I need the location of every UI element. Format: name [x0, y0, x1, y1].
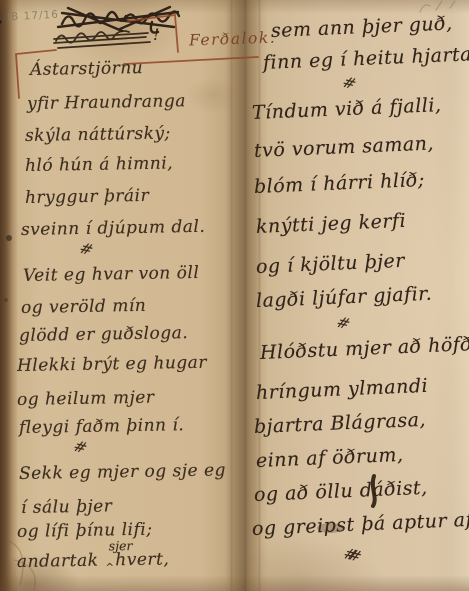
poem-line: í sálu þjer: [21, 496, 113, 518]
insertion-caret-icon: ^: [105, 562, 114, 573]
line-text: andartak: [17, 551, 99, 572]
poem-line: og heilum mjer: [17, 388, 155, 410]
poem-line: einn af öðrum,: [256, 444, 404, 472]
stanza-separator: #: [333, 313, 353, 333]
poem-line: Veit eg hvar von öll: [23, 263, 200, 286]
poem-line: Hlekki brýt eg hugar: [17, 353, 207, 376]
page-right-edge: [451, 0, 469, 591]
poem-line: blóm í hárri hlíð;: [254, 169, 426, 198]
manuscript-spread: IB 17/16 ! Ferðalok. Ástarstjörnu yfir H…: [0, 0, 469, 591]
poem-line: bjartra Blágrasa,: [254, 409, 427, 438]
poem-line: sem ann þjer guð,: [271, 12, 453, 42]
faint-pencil-marks: [420, 1, 455, 12]
poem-line: glödd er guðsloga.: [19, 323, 189, 346]
stanza-separator-double: ##: [340, 545, 365, 566]
red-bracket-marks: [16, 15, 258, 98]
poem-line: finn eg í heitu hjarta.: [263, 43, 469, 74]
poem-line: Tíndum við á fjalli,: [252, 94, 442, 124]
book-left-edge: [0, 0, 18, 591]
inserted-word: sjer: [109, 538, 133, 553]
poem-line: og veröld mín: [21, 296, 147, 318]
poem-line: Hlóðstu mjer að höfði: [260, 333, 469, 364]
title-underline: [124, 57, 258, 64]
poem-line: hríngum ylmandi: [256, 375, 429, 404]
poem-line-with-insertion: andartak^sjerhvert,: [17, 549, 170, 575]
poem-title: Ferðalok.: [189, 28, 277, 49]
crossed-line-punctuation: !: [153, 25, 159, 44]
poem-line: yfir Hraundranga: [27, 91, 186, 114]
catalog-mark: IB 17/16: [7, 9, 59, 24]
stanza-separator: #: [76, 239, 96, 259]
poem-line: og greipst þá aptur af: [252, 509, 469, 540]
poem-line: og að öllu dáðist,: [254, 477, 429, 506]
poem-line: skýla náttúrský;: [25, 123, 171, 146]
poem-line: knýtti jeg kerfi: [256, 210, 407, 238]
poem-line: og í kjöltu þjer: [256, 250, 406, 278]
stanza-separator: #: [70, 437, 90, 457]
poem-line: hló hún á himni,: [25, 153, 173, 176]
poem-line: Sekk eg mjer og sje eg: [19, 460, 226, 484]
poem-line: Ástarstjörnu: [30, 58, 144, 80]
stanza-separator: #: [339, 73, 359, 93]
poem-line: lagði ljúfar gjafir.: [256, 283, 433, 312]
poem-line: hryggur þráir: [25, 186, 149, 208]
crossed-out-word-scribble-icon: [54, 31, 150, 48]
poem-line: fleygi faðm þinn í.: [19, 415, 185, 438]
poem-line: sveinn í djúpum dal.: [21, 217, 206, 240]
poem-line: tvö vorum saman,: [254, 132, 435, 162]
